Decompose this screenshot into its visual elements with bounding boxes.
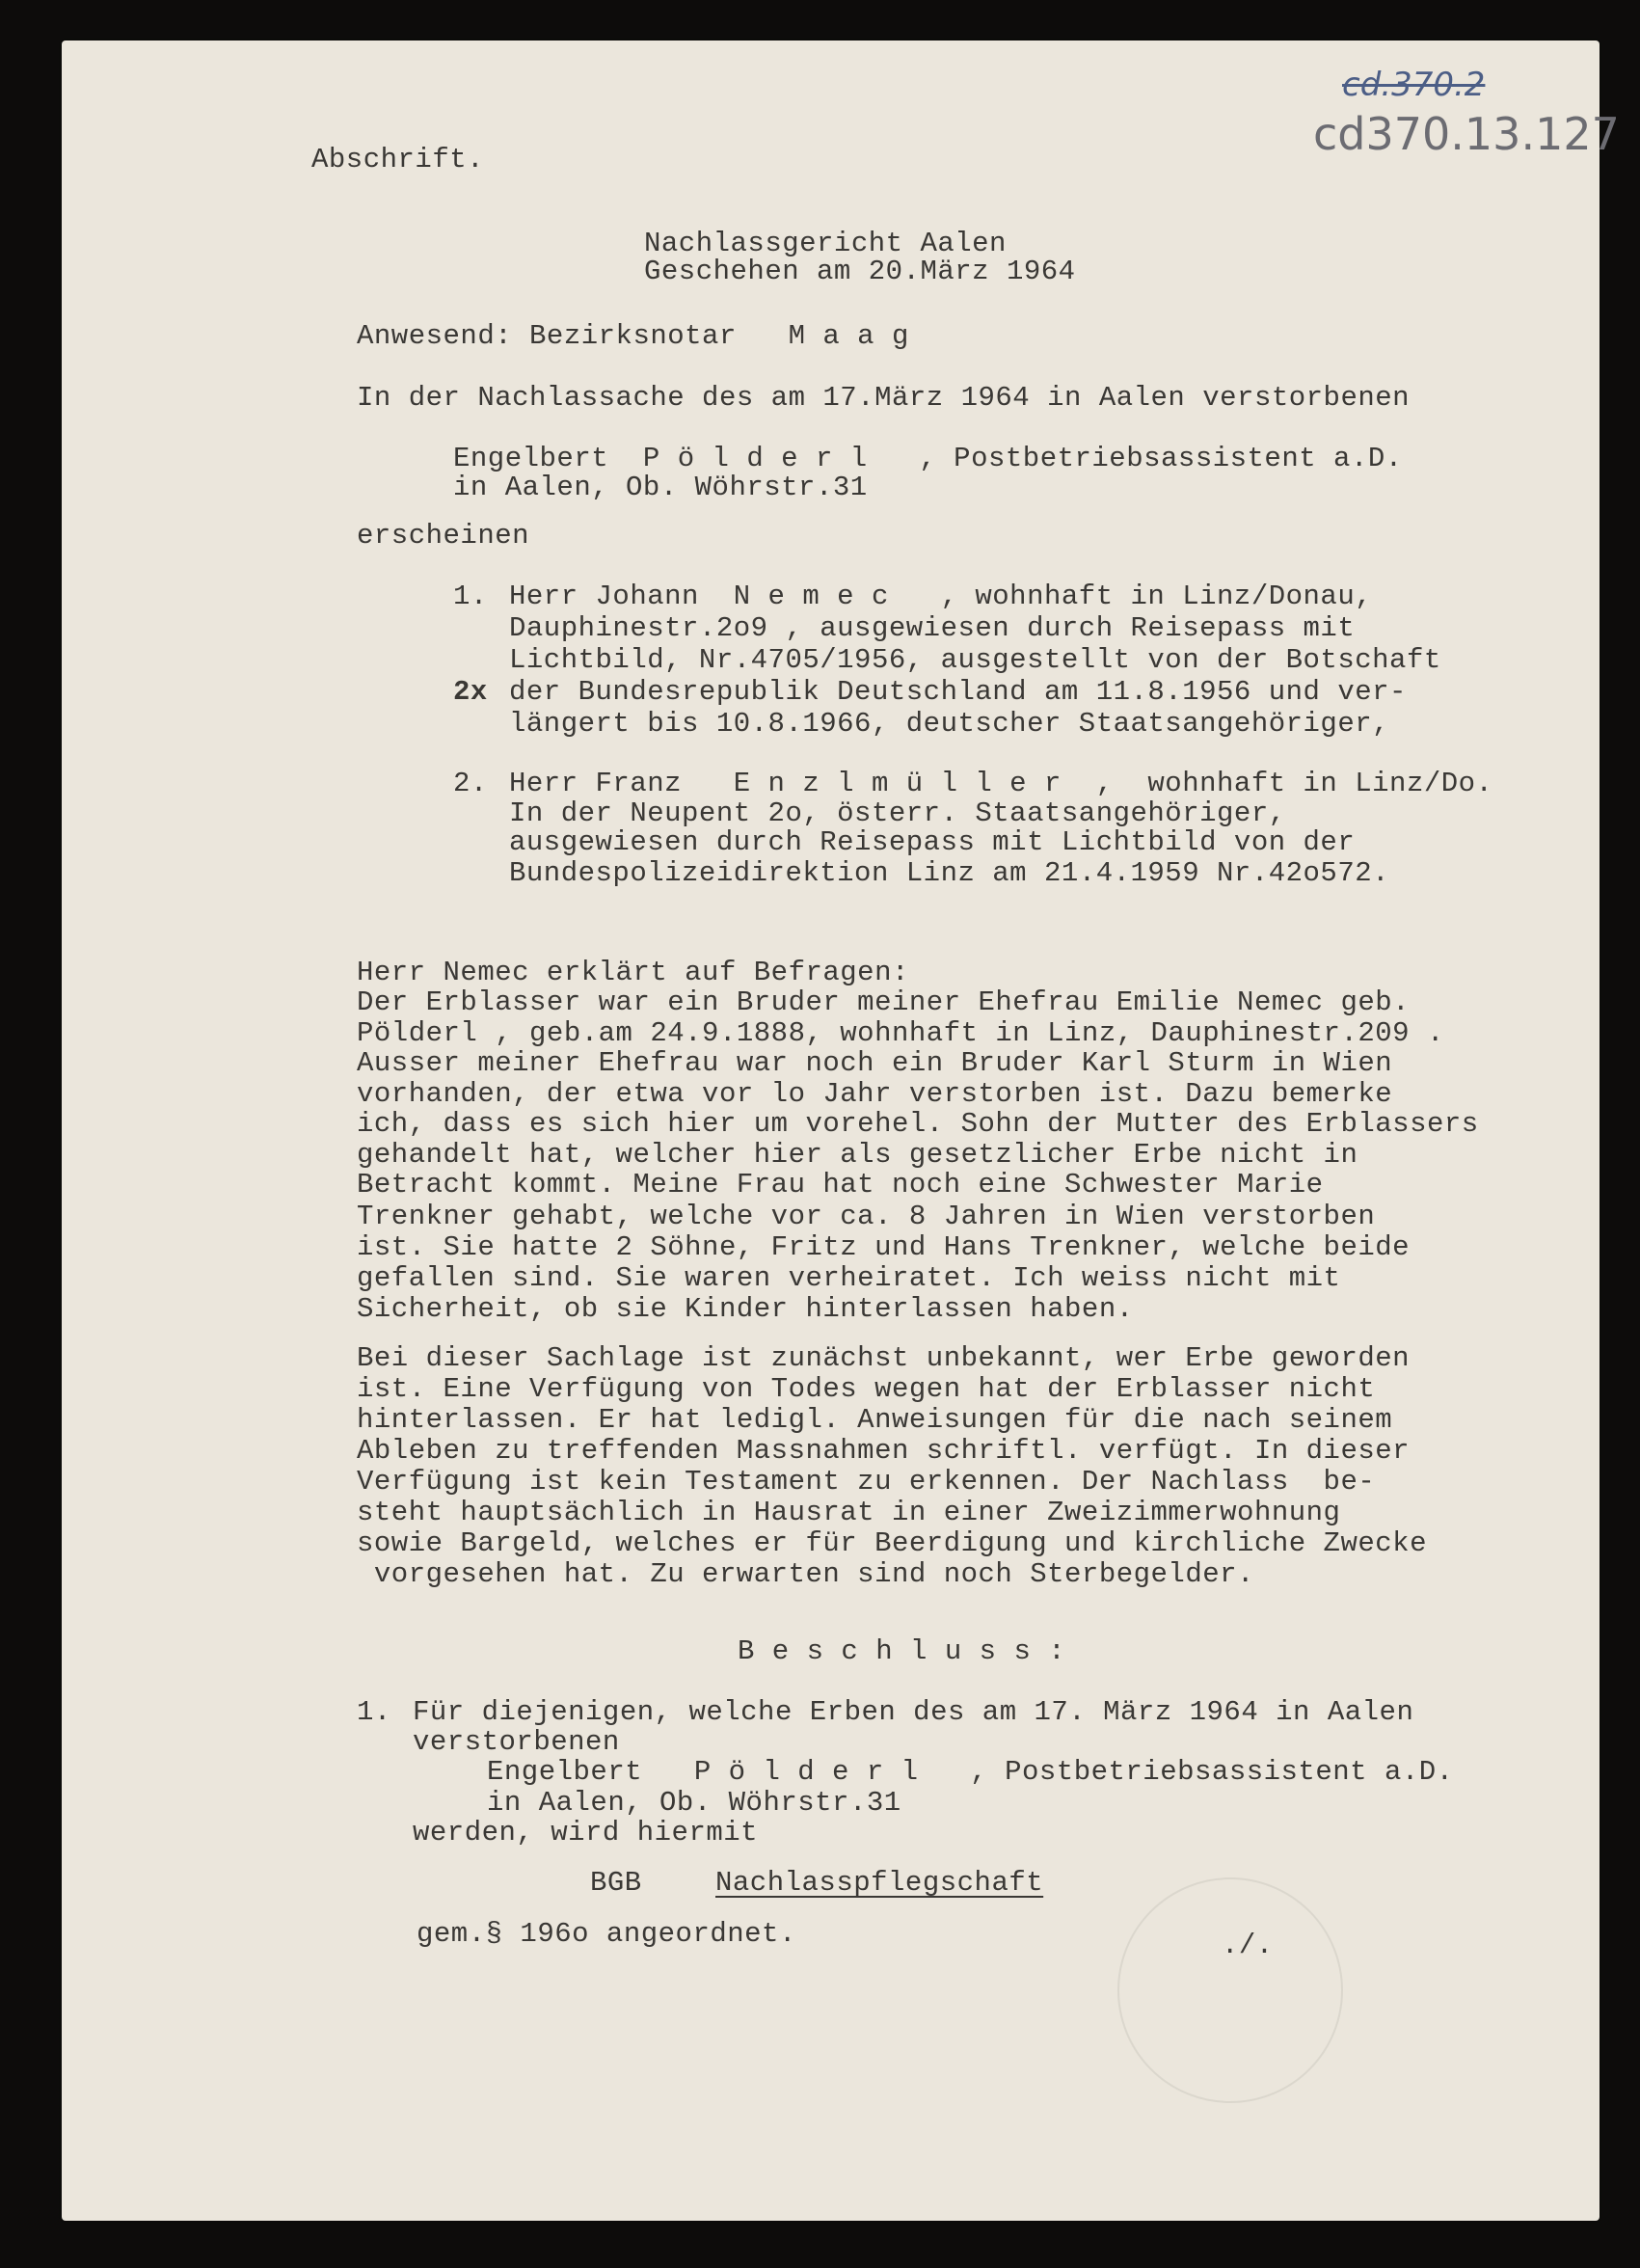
person-1-line: Lichtbild, Nr.4705/1956, ausgestellt von… (509, 645, 1441, 676)
assessment-line: Bei dieser Sachlage ist zunächst unbekan… (357, 1343, 1410, 1374)
copy-label: Abschrift. (311, 145, 484, 175)
statement-line: Trenkner gehabt, welche vor ca. 8 Jahren… (357, 1201, 1375, 1232)
decision-line: verstorbenen (413, 1727, 620, 1758)
assessment-line: ist. Eine Verfügung von Todes wegen hat … (357, 1374, 1375, 1405)
person-1-line: Dauphinestr.2o9 , ausgewiesen durch Reis… (509, 613, 1355, 644)
person-2-line: Bundespolizeidirektion Linz am 21.4.1959… (509, 858, 1389, 889)
deceased-name-line: Engelbert P ö l d e r l , Postbetriebsas… (453, 444, 1403, 474)
present-line: Anwesend: Bezirksnotar M a a g (357, 321, 909, 352)
assessment-line: vorgesehen hat. Zu erwarten sind noch St… (357, 1559, 1254, 1590)
statement-line: ist. Sie hatte 2 Söhne, Fritz und Hans T… (357, 1232, 1410, 1263)
assessment-line: sowie Bargeld, welches er für Beerdigung… (357, 1528, 1427, 1559)
decision-item-number: 1. (357, 1697, 391, 1728)
statement-line: Herr Nemec erklärt auf Befragen: (357, 958, 909, 988)
bgb-label: BGB (590, 1868, 642, 1899)
assessment-line: hinterlassen. Er hat ledigl. Anweisungen… (357, 1405, 1392, 1436)
person-2-line: ausgewiesen durch Reisepass mit Lichtbil… (509, 827, 1355, 858)
deceased-address-line: in Aalen, Ob. Wöhrstr.31 (453, 472, 868, 503)
faint-stamp-circle (1117, 1877, 1343, 2103)
margin-mark: 2x (453, 677, 488, 708)
assessment-line: steht hauptsächlich in Hausrat in einer … (357, 1498, 1340, 1528)
statement-line: Pölderl , geb.am 24.9.1888, wohnhaft in … (357, 1018, 1444, 1049)
person-1-line: der Bundesrepublik Deutschland am 11.8.1… (509, 677, 1407, 708)
person-2-line: In der Neupent 2o, österr. Staatsangehör… (509, 798, 1286, 829)
statement-line: ich, dass es sich hier um vorehel. Sohn … (357, 1109, 1479, 1140)
archive-mark-struck: cd.370.2 (1342, 66, 1485, 104)
continuation-mark: ./. (1222, 1930, 1274, 1961)
person-1-line: Herr Johann N e m e c , wohnhaft in Linz… (509, 581, 1372, 612)
decision-heading: B e s c h l u s s : (738, 1636, 1065, 1667)
date-line: Geschehen am 20.März 1964 (644, 256, 1076, 287)
statement-line: Der Erblasser war ein Bruder meiner Ehef… (357, 987, 1410, 1018)
statement-line: gefallen sind. Sie waren verheiratet. Ic… (357, 1263, 1340, 1294)
decision-line: gem.§ 196o angeordnet. (417, 1919, 796, 1950)
intro-line: In der Nachlassache des am 17.März 1964 … (357, 383, 1410, 414)
statement-line: Ausser meiner Ehefrau war noch ein Brude… (357, 1048, 1392, 1079)
person-1-line: längert bis 10.8.1966, deutscher Staatsa… (509, 709, 1389, 740)
decision-line: Für diejenigen, welche Erben des am 17. … (413, 1697, 1413, 1728)
archive-signature: cd370.13.127 (1313, 108, 1620, 160)
assessment-line: Ableben zu treffenden Massnahmen schrift… (357, 1436, 1410, 1467)
statement-line: Betracht kommt. Meine Frau hat noch eine… (357, 1170, 1324, 1201)
statement-line: vorhanden, der etwa vor lo Jahr verstorb… (357, 1079, 1392, 1110)
person-2-number: 2. (453, 769, 488, 799)
decision-deceased-name: Engelbert P ö l d e r l , Postbetriebsas… (487, 1757, 1454, 1788)
assessment-line: Verfügung ist kein Testament zu erkennen… (357, 1467, 1375, 1498)
person-1-number: 1. (453, 581, 488, 612)
measure-label: Nachlasspflegschaft (715, 1868, 1043, 1899)
appear-line: erscheinen (357, 521, 529, 552)
statement-line: Sicherheit, ob sie Kinder hinterlassen h… (357, 1294, 1134, 1325)
decision-deceased-address: in Aalen, Ob. Wöhrstr.31 (487, 1788, 901, 1819)
person-2-line: Herr Franz E n z l m ü l l e r , wohnhaf… (509, 769, 1492, 799)
statement-line: gehandelt hat, welcher hier als gesetzli… (357, 1140, 1358, 1171)
decision-line: werden, wird hiermit (413, 1818, 758, 1849)
